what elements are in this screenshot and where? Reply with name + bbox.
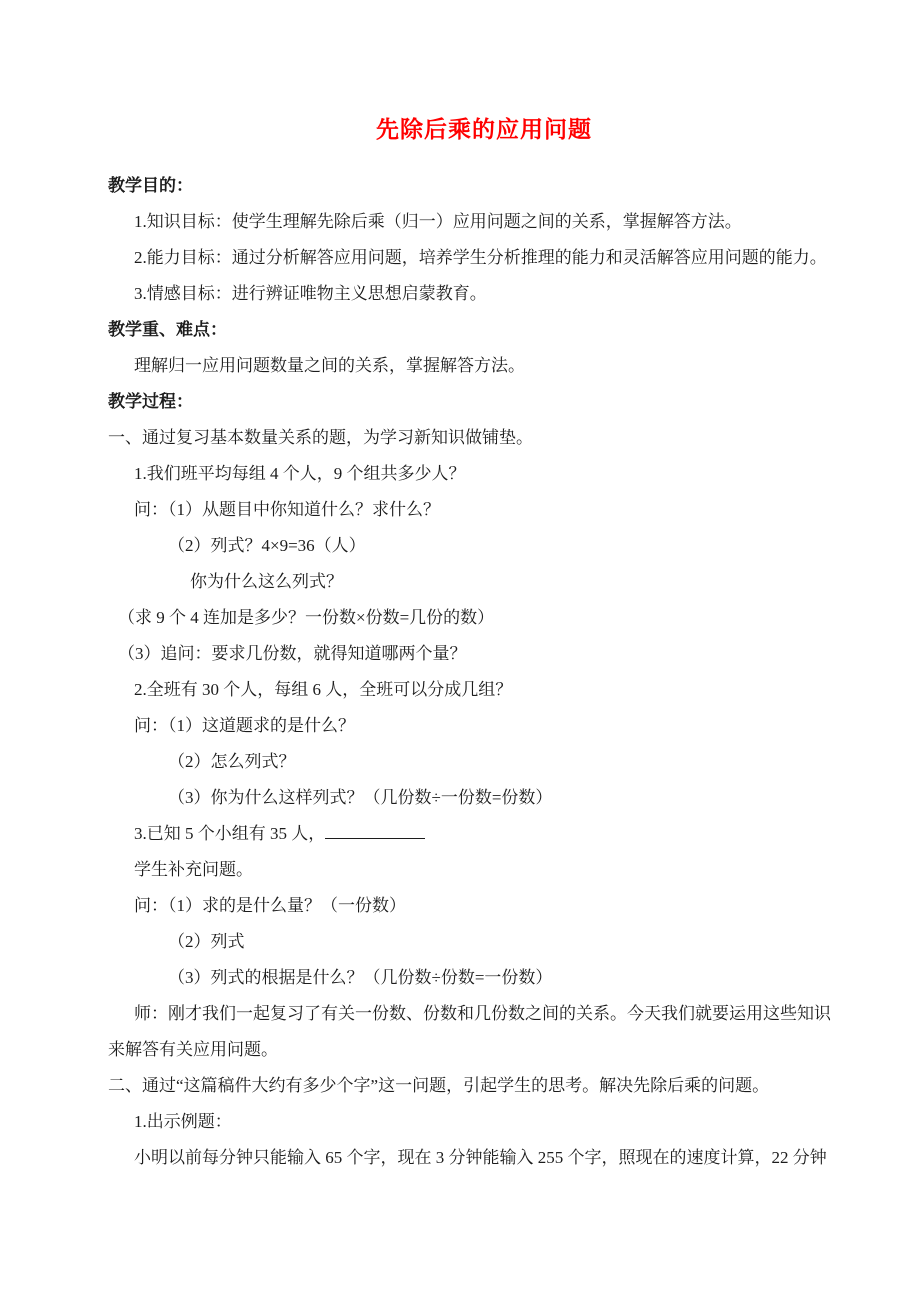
text-line-content: 理解归一应用问题数量之间的关系，掌握解答方法。 [134, 356, 525, 375]
text-line: 你为什么这么列式？ [108, 564, 860, 600]
text-line: （2）列式 [108, 924, 860, 960]
text-line: （3）列式的根据是什么？（几份数÷份数=一份数） [108, 960, 860, 996]
text-line-content: 3.已知 5 个小组有 35 人， [134, 824, 325, 843]
text-line-content: 问：（1）从题目中你知道什么？求什么？ [134, 500, 440, 519]
text-line: 1.知识目标：使学生理解先除后乘（归一）应用问题之间的关系，掌握解答方法。 [108, 204, 860, 240]
text-line-content: 2.全班有 30 个人，每组 6 人，全班可以分成几组？ [134, 680, 512, 699]
text-line: 来解答有关应用问题。 [108, 1032, 860, 1068]
text-line: 问：（1）从题目中你知道什么？求什么？ [108, 492, 860, 528]
text-line-content: 问：（1）这道题求的是什么？ [134, 716, 355, 735]
text-line: （3）你为什么这样列式？（几份数÷一份数=份数） [108, 780, 860, 816]
document-body: 教学目的：1.知识目标：使学生理解先除后乘（归一）应用问题之间的关系，掌握解答方… [108, 168, 860, 1176]
text-line-content: （2）列式？4×9=36（人） [168, 536, 366, 555]
text-line: 问：（1）这道题求的是什么？ [108, 708, 860, 744]
text-line: 2.能力目标：通过分析解答应用问题，培养学生分析推理的能力和灵活解答应用问题的能… [108, 240, 860, 276]
text-line: 3.已知 5 个小组有 35 人， [108, 816, 860, 852]
text-line-content: 1.知识目标：使学生理解先除后乘（归一）应用问题之间的关系，掌握解答方法。 [134, 212, 742, 231]
text-line-content: 2.能力目标：通过分析解答应用问题，培养学生分析推理的能力和灵活解答应用问题的能… [134, 248, 827, 267]
text-line-content: 师：刚才我们一起复习了有关一份数、份数和几份数之间的关系。今天我们就要运用这些知… [134, 1004, 831, 1023]
blank-underline [325, 823, 425, 839]
text-line-content: 教学过程： [108, 392, 193, 411]
text-line-content: 问：（1）求的是什么量？（一份数） [134, 896, 406, 915]
text-line: （求 9 个 4 连加是多少？一份数×份数=几份的数） [108, 600, 860, 636]
text-line: 教学重、难点： [108, 312, 860, 348]
text-line-content: 3.情感目标：进行辨证唯物主义思想启蒙教育。 [134, 284, 487, 303]
text-line-content: 1.我们班平均每组 4 个人，9 个组共多少人？ [134, 464, 466, 483]
text-line: （3）追问：要求几份数，就得知道哪两个量？ [108, 636, 860, 672]
text-line: 一、通过复习基本数量关系的题，为学习新知识做铺垫。 [108, 420, 860, 456]
text-line: 二、通过“这篇稿件大约有多少个字”这一问题，引起学生的思考。解决先除后乘的问题。 [108, 1068, 860, 1104]
text-line: 3.情感目标：进行辨证唯物主义思想启蒙教育。 [108, 276, 860, 312]
text-line: （2）列式？4×9=36（人） [108, 528, 860, 564]
text-line: 小明以前每分钟只能输入 65 个字，现在 3 分钟能输入 255 个字，照现在的… [108, 1140, 860, 1176]
text-line-content: 来解答有关应用问题。 [108, 1040, 278, 1059]
text-line-content: 1.出示例题： [134, 1112, 232, 1131]
text-line-content: （3）你为什么这样列式？（几份数÷一份数=份数） [168, 788, 552, 807]
text-line-content: （求 9 个 4 连加是多少？一份数×份数=几份的数） [118, 608, 494, 627]
text-line: 1.我们班平均每组 4 个人，9 个组共多少人？ [108, 456, 860, 492]
text-line: 问：（1）求的是什么量？（一份数） [108, 888, 860, 924]
text-line-content: （2）怎么列式？ [168, 752, 296, 771]
text-line-content: 一、通过复习基本数量关系的题，为学习新知识做铺垫。 [108, 428, 533, 447]
text-line-content: （3）追问：要求几份数，就得知道哪两个量？ [118, 644, 467, 663]
text-line: 2.全班有 30 个人，每组 6 人，全班可以分成几组？ [108, 672, 860, 708]
text-line: 理解归一应用问题数量之间的关系，掌握解答方法。 [108, 348, 860, 384]
text-line-content: 教学目的： [108, 176, 193, 195]
text-line-content: （3）列式的根据是什么？（几份数÷份数=一份数） [168, 968, 552, 987]
text-line: 1.出示例题： [108, 1104, 860, 1140]
text-line: 教学目的： [108, 168, 860, 204]
text-line-content: 学生补充问题。 [134, 860, 253, 879]
text-line: 教学过程： [108, 384, 860, 420]
text-line-content: （2）列式 [168, 932, 245, 951]
text-line-content: 小明以前每分钟只能输入 65 个字，现在 3 分钟能输入 255 个字，照现在的… [134, 1148, 827, 1167]
text-line: （2）怎么列式？ [108, 744, 860, 780]
text-line-content: 二、通过“这篇稿件大约有多少个字”这一问题，引起学生的思考。解决先除后乘的问题。 [108, 1076, 769, 1095]
text-line: 学生补充问题。 [108, 852, 860, 888]
document-title: 先除后乘的应用问题 [108, 112, 860, 148]
document-page: 先除后乘的应用问题 教学目的：1.知识目标：使学生理解先除后乘（归一）应用问题之… [0, 0, 920, 1176]
text-line-content: 教学重、难点： [108, 320, 227, 339]
text-line: 师：刚才我们一起复习了有关一份数、份数和几份数之间的关系。今天我们就要运用这些知… [108, 996, 860, 1032]
text-line-content: 你为什么这么列式？ [190, 572, 343, 591]
